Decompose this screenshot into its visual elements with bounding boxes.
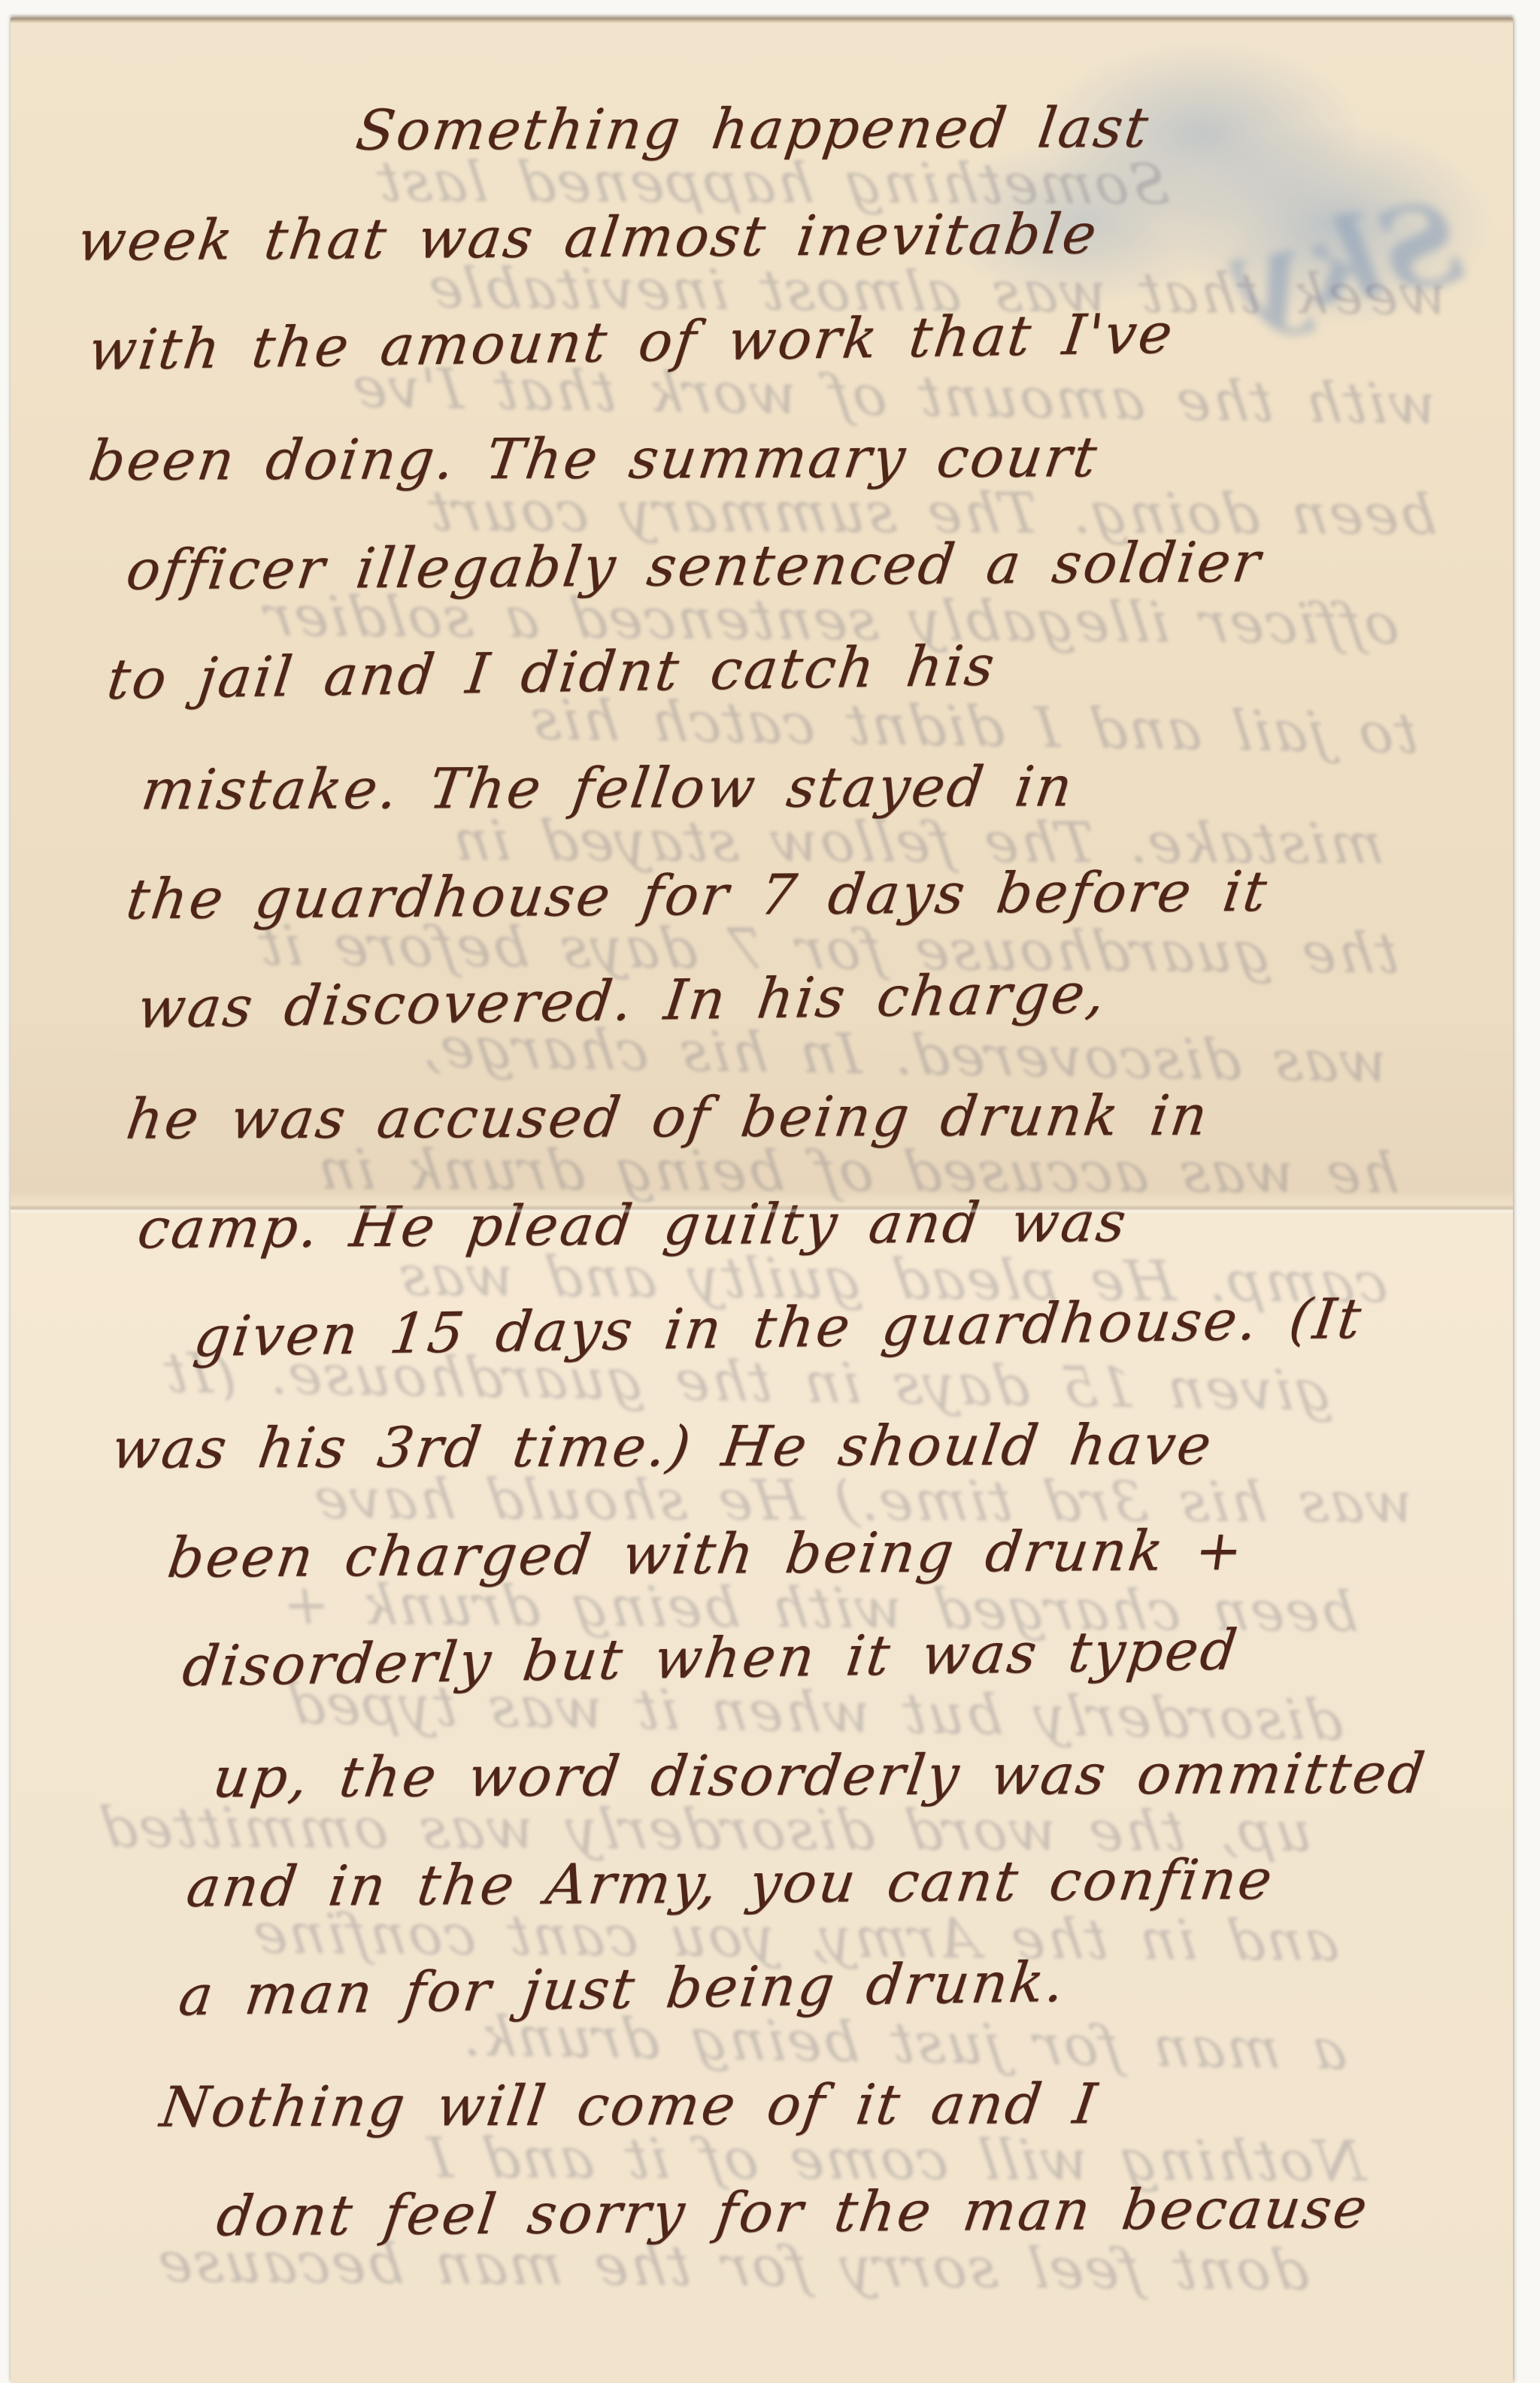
letter-line: the guardhouse for 7 days before it bbox=[48, 835, 1493, 955]
letter-line: up, the word disorderly was ommitted bbox=[48, 1718, 1493, 1833]
fold-crease bbox=[11, 1205, 1513, 1214]
bleedthrough-line: the guardhouse for 7 days before it bbox=[32, 890, 1477, 1009]
letter-line: to jail and I didnt catch his bbox=[48, 603, 1493, 735]
letter-line: been doing. The summary court bbox=[48, 401, 1493, 516]
scanned-letter-page: Sky Something happened lastweek that was… bbox=[0, 0, 1540, 2383]
letter-paper: Sky Something happened lastweek that was… bbox=[11, 18, 1513, 2383]
bleedthrough-line: been charged with being drunk + bbox=[32, 1548, 1477, 1668]
letter-line: and in the Army, you cant confine bbox=[48, 1824, 1493, 1943]
ink-layer: Something happened lastweek that was alm… bbox=[48, 77, 1477, 2272]
letter-line: a man for just being drunk. bbox=[48, 1921, 1493, 2053]
watermark-blob bbox=[935, 138, 1236, 304]
letter-line: dont feel sorry for the man because bbox=[48, 2153, 1493, 2272]
bleedthrough-line: he was accused of being drunk in bbox=[32, 1114, 1477, 1229]
letter-line: Something happened last bbox=[48, 71, 1493, 186]
bleedthrough-line: Something happened last bbox=[32, 126, 1477, 241]
letter-line: was discovered. In his charge, bbox=[48, 932, 1493, 1065]
bleedthrough-line: a man for just being drunk. bbox=[32, 1975, 1477, 2107]
letter-line: officer illegably sentenced a soldier bbox=[48, 506, 1493, 626]
watermark-blob bbox=[1169, 123, 1492, 326]
letter-line: been charged with being drunk + bbox=[48, 1494, 1493, 1614]
letter-line: week that was almost inevitable bbox=[48, 177, 1493, 296]
bleedthrough-line: dont feel sorry for the man because bbox=[32, 2207, 1477, 2327]
bleedthrough-line: mistake. The fellow stayed in bbox=[32, 784, 1477, 899]
bleedthrough-line: up, the word disorderly was ommitted bbox=[32, 1772, 1477, 1887]
bleedthrough-line: Nothing will come of it and I bbox=[32, 2102, 1477, 2217]
letter-line: with the amount of work that I've bbox=[48, 274, 1493, 406]
watermark-blob bbox=[1041, 41, 1364, 229]
bleedthrough-line: was discovered. In his charge, bbox=[32, 987, 1477, 1119]
letter-line: mistake. The fellow stayed in bbox=[48, 730, 1493, 845]
bleedthrough-line: was his 3rd time.) He should have bbox=[32, 1443, 1477, 1558]
bleedthrough-line: given 15 days in the guardhouse. (It bbox=[32, 1316, 1477, 1448]
letterhead-bleedthrough-watermark: Sky bbox=[913, 41, 1507, 341]
letter-line: Nothing will come of it and I bbox=[48, 2048, 1493, 2163]
bleedthrough-line: and in the Army, you cant confine bbox=[32, 1878, 1477, 1997]
watermark-text: Sky bbox=[1227, 175, 1472, 344]
letter-line: he was accused of being drunk in bbox=[48, 1060, 1493, 1175]
bleedthrough-line: camp. He plead guilty and was bbox=[32, 1219, 1477, 1339]
bleedthrough-layer: Something happened lastweek that was alm… bbox=[48, 131, 1477, 2327]
letter-line: given 15 days in the guardhouse. (It bbox=[48, 1262, 1493, 1394]
bleedthrough-line: been doing. The summary court bbox=[32, 455, 1477, 570]
letter-line: disorderly but when it was typed bbox=[48, 1591, 1493, 1724]
bleedthrough-line: week that was almost inevitable bbox=[32, 231, 1477, 350]
bleedthrough-line: officer illegably sentenced a soldier bbox=[32, 560, 1477, 680]
bleedthrough-line: with the amount of work that I've bbox=[32, 328, 1477, 460]
letter-line: camp. He plead guilty and was bbox=[48, 1165, 1493, 1284]
bleedthrough-line: to jail and I didnt catch his bbox=[32, 657, 1477, 790]
letter-line: was his 3rd time.) He should have bbox=[48, 1389, 1493, 1504]
bleedthrough-line: disorderly but when it was typed bbox=[32, 1645, 1477, 1778]
